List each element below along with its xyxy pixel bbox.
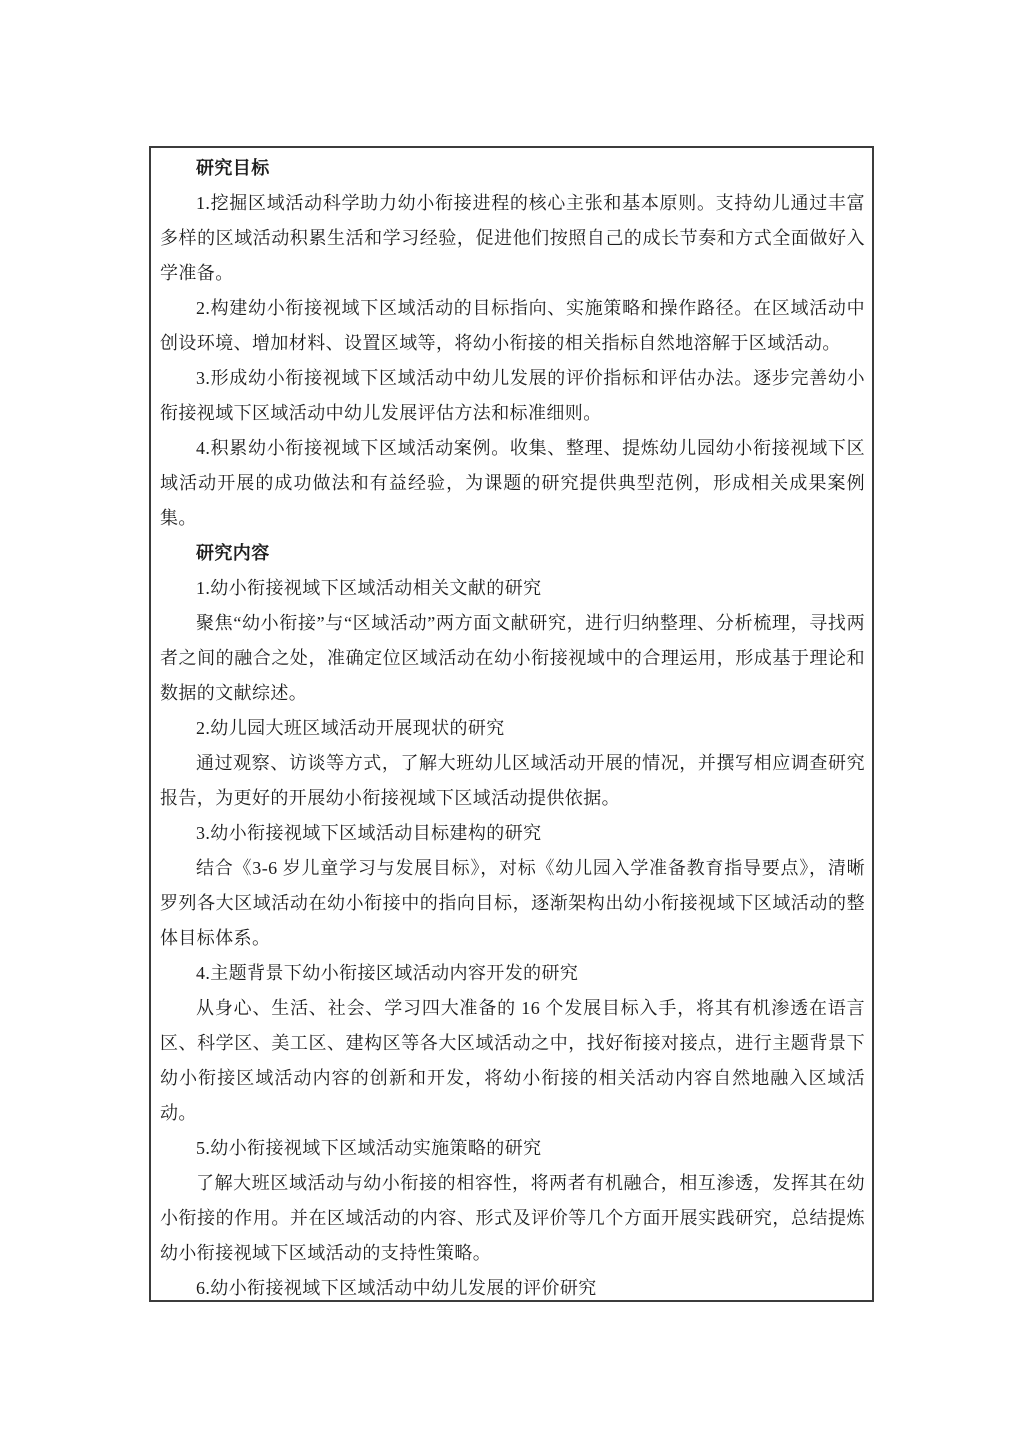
document-page: 研究目标 1.挖掘区域活动科学助力幼小衔接进程的核心主张和基本原则。支持幼儿通过… — [0, 0, 1024, 1448]
paragraph: 1.挖掘区域活动科学助力幼小衔接进程的核心主张和基本原则。支持幼儿通过丰富多样的… — [160, 186, 865, 291]
paragraph: 5.幼小衔接视域下区域活动实施策略的研究 — [160, 1131, 865, 1166]
section-research-objectives: 研究目标 1.挖掘区域活动科学助力幼小衔接进程的核心主张和基本原则。支持幼儿通过… — [160, 151, 865, 536]
section-research-content: 研究内容 1.幼小衔接视域下区域活动相关文献的研究 聚焦“幼小衔接”与“区域活动… — [160, 536, 865, 1302]
paragraph: 3.形成幼小衔接视域下区域活动中幼儿发展的评价指标和评估办法。逐步完善幼小衔接视… — [160, 361, 865, 431]
paragraph: 聚焦“幼小衔接”与“区域活动”两方面文献研究，进行归纳整理、分析梳理，寻找两者之… — [160, 606, 865, 711]
paragraph: 6.幼小衔接视域下区域活动中幼儿发展的评价研究 — [160, 1271, 865, 1302]
paragraph: 通过观察、访谈等方式，了解大班幼儿区域活动开展的情况，并撰写相应调查研究报告，为… — [160, 746, 865, 816]
paragraph: 4.主题背景下幼小衔接区域活动内容开发的研究 — [160, 956, 865, 991]
paragraph: 2.构建幼小衔接视域下区域活动的目标指向、实施策略和操作路径。在区域活动中创设环… — [160, 291, 865, 361]
paragraph: 1.幼小衔接视域下区域活动相关文献的研究 — [160, 571, 865, 606]
paragraph: 4.积累幼小衔接视域下区域活动案例。收集、整理、提炼幼儿园幼小衔接视域下区域活动… — [160, 431, 865, 536]
paragraph: 结合《3-6 岁儿童学习与发展目标》，对标《幼儿园入学准备教育指导要点》，清晰罗… — [160, 851, 865, 956]
section-heading: 研究内容 — [160, 536, 865, 571]
section-heading: 研究目标 — [160, 151, 865, 186]
form-table-cell: 研究目标 1.挖掘区域活动科学助力幼小衔接进程的核心主张和基本原则。支持幼儿通过… — [149, 146, 874, 1302]
paragraph: 2.幼儿园大班区域活动开展现状的研究 — [160, 711, 865, 746]
paragraph: 从身心、生活、社会、学习四大准备的 16 个发展目标入手，将其有机渗透在语言区、… — [160, 991, 865, 1131]
paragraph: 3.幼小衔接视域下区域活动目标建构的研究 — [160, 816, 865, 851]
paragraph: 了解大班区域活动与幼小衔接的相容性，将两者有机融合，相互渗透，发挥其在幼小衔接的… — [160, 1166, 865, 1271]
